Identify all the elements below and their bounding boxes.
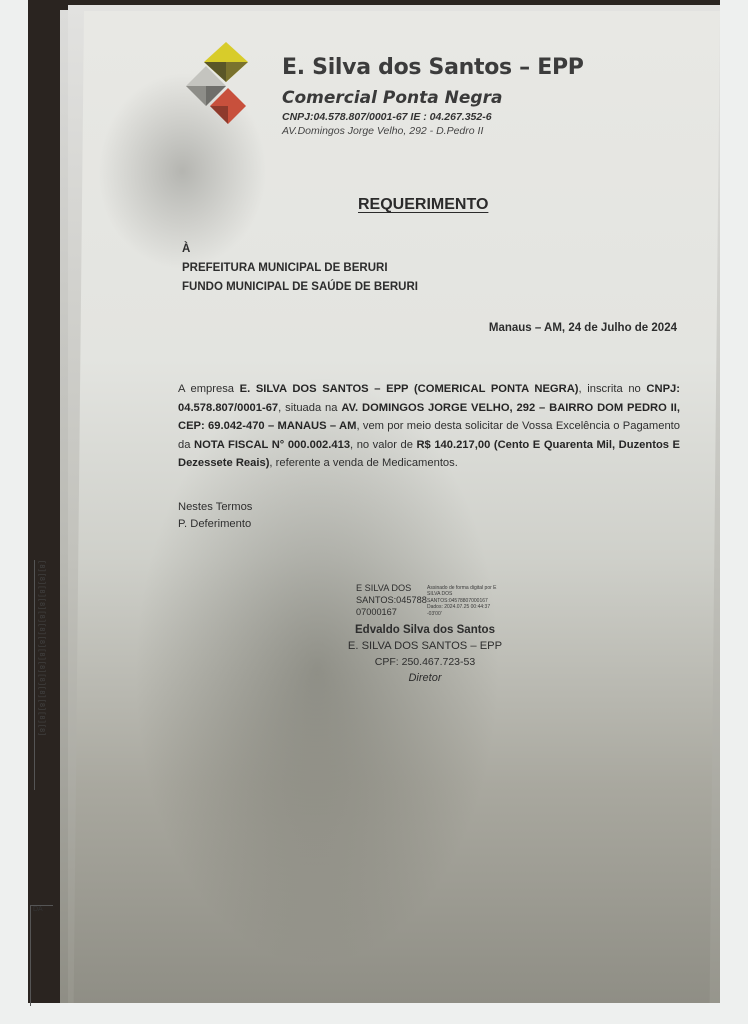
request-body: A empresa E. SILVA DOS SANTOS – EPP (COM… [178,380,680,473]
signer-company: E. SILVA DOS SANTOS – EPP [340,638,510,654]
trade-name: Comercial Ponta Negra [282,88,502,108]
document-title: REQUERIMENTO [358,196,488,214]
salutation: À [182,240,418,259]
invoice-number: NOTA FISCAL N° 000.002.413 [194,439,350,451]
company-logo-icon [186,40,252,126]
recipient-block: À PREFEITURA MUNICIPAL DE BERURI FUNDO M… [182,240,418,297]
recipient-line-1: PREFEITURA MUNICIPAL DE BERURI [182,259,418,278]
closing-line-1: Nestes Termos [178,499,252,516]
digital-signature-metadata: Assinado de forma digital por E SILVA DO… [427,585,502,617]
place-and-date: Manaus – AM, 24 de Julho de 2024 [489,322,677,334]
company-address: AV.Domingos Jorge Velho, 292 - D.Pedro I… [282,125,483,137]
company-name: E. Silva dos Santos – EPP [282,55,584,80]
signer-name: Edvaldo Silva dos Santos [340,622,510,638]
company-registration-ids: CNPJ:04.578.807/0001-67 IE : 04.267.352-… [282,111,492,123]
signature-block: Edvaldo Silva dos Santos E. SILVA DOS SA… [340,622,510,686]
closing-line-2: P. Deferimento [178,516,252,533]
signer-cpf: CPF: 250.467.723-53 [340,654,510,670]
signer-role: Diretor [340,670,510,686]
recipient-line-2: FUNDO MUNICIPAL DE SAÚDE DE BERURI [182,278,418,297]
document-content: E. Silva dos Santos – EPP Comercial Pont… [0,0,748,1024]
company-reference: E. SILVA DOS SANTOS – EPP (COMERICAL PON… [240,383,579,395]
closing: Nestes Termos P. Deferimento [178,499,252,533]
digital-signature-name: E SILVA DOS SANTOS:045788 07000167 [356,582,426,618]
